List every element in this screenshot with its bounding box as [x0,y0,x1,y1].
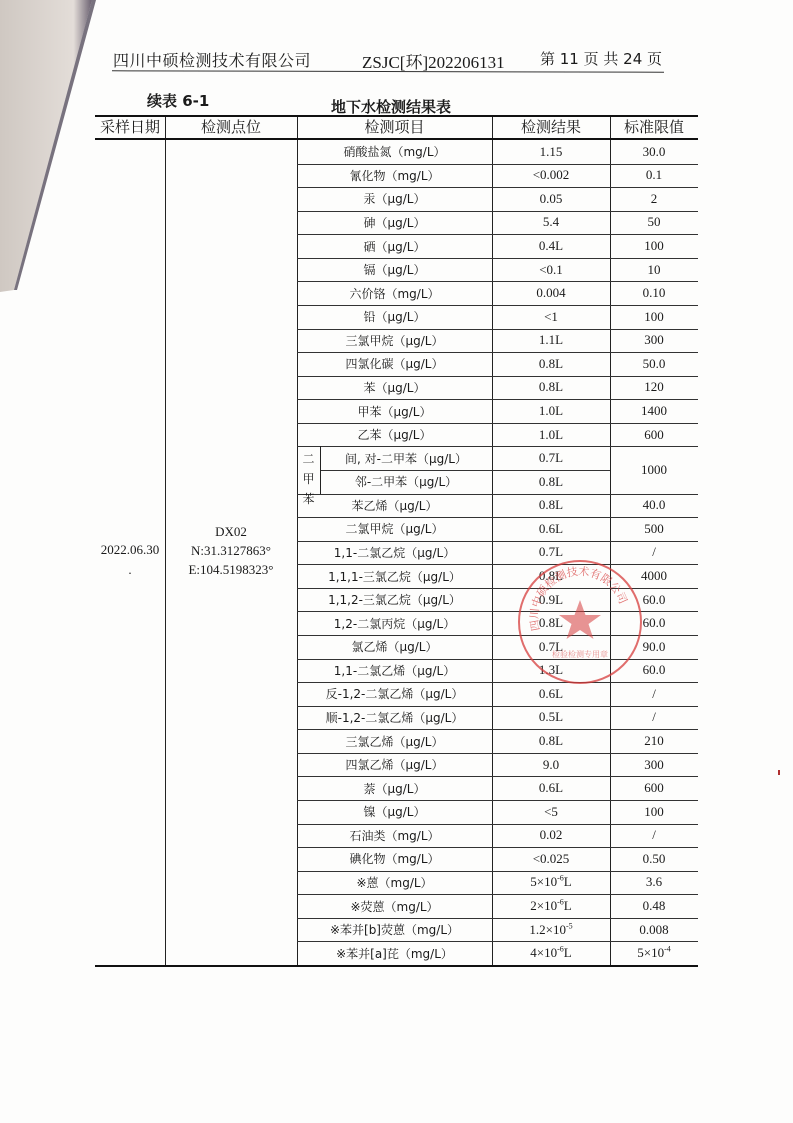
table-cell-item: 邻-二甲苯（μg/L） [320,470,492,494]
table-cell-item: ※蒽（mg/L） [297,871,492,895]
column-header-3: 检测结果 [492,117,610,138]
table-cell-item: 硝酸盐氮（mg/L） [297,140,492,164]
table-cell-limit: 50.0 [610,352,698,376]
table-cell-item: 顺-1,2-二氯乙烯（μg/L） [297,706,492,730]
table-cell-limit: 30.0 [610,140,698,164]
table-cell-result: 1.2×10-5 [492,918,610,942]
sampling-location: DX02N:31.3127863°E:104.5198323° [165,522,297,579]
table-cell-result: <1 [492,305,610,329]
table-cell-item: 氰化物（mg/L） [297,164,492,188]
table-cell-result: 0.8L [492,470,610,494]
table-cell-limit: 90.0 [610,635,698,659]
table-cell-item: 1,1-二氯乙烯（μg/L） [297,659,492,683]
table-cell-limit: 500 [610,517,698,541]
table-cell-item: 二氯甲烷（μg/L） [297,517,492,541]
table-cell-limit: 60.0 [610,611,698,635]
table-cell-item: ※苯并[a]芘（mg/L） [297,941,492,965]
table-cell-result: 1.1L [492,329,610,353]
table-cell-result: 0.02 [492,824,610,848]
page-indicator: 第 11 页 共 24 页 [540,48,662,69]
table-cell-limit: / [610,706,698,730]
table-cell-limit: / [610,824,698,848]
column-header-1: 检测点位 [165,117,297,138]
table-cell-item: ※荧蒽（mg/L） [297,894,492,918]
column-divider [610,117,611,138]
table-cell-item: 间, 对-二甲苯（μg/L） [320,446,492,470]
table-cell-item: 1,1-二氯乙烷（μg/L） [297,541,492,565]
table-bottom-rule [95,965,698,967]
table-cell-result: 0.8L [492,376,610,400]
table-cell-item: 甲苯（μg/L） [297,399,492,423]
table-cell-result: 5.4 [492,211,610,235]
table-cell-item: 氯乙烯（μg/L） [297,635,492,659]
table-cell-limit: 1400 [610,399,698,423]
table-cell-limit: 100 [610,234,698,258]
table-cell-item: 1,1,1-三氯乙烷（μg/L） [297,564,492,588]
table-cell-result: 0.8L [492,611,610,635]
xylene-standard-limit: 1000 [610,446,698,493]
table-cell-result: <0.025 [492,847,610,871]
table-cell-item: ※苯并[b]荧蒽（mg/L） [297,918,492,942]
table-cell-limit: 300 [610,329,698,353]
table-cell-limit: / [610,541,698,565]
table-cell-result: 2×10-6L [492,894,610,918]
table-cell-item: 镉（μg/L） [297,258,492,282]
table-title: 地下水检测结果表 [331,96,451,117]
table-cell-limit: 120 [610,376,698,400]
table-cell-result: 0.8L [492,352,610,376]
table-cell-limit: 4000 [610,564,698,588]
table-cell-limit: 0.1 [610,164,698,188]
table-cell-result: 0.8L [492,729,610,753]
sampling-date-note: . [95,560,165,579]
table-cell-item: 三氯乙烯（μg/L） [297,729,492,753]
column-header-2: 检测项目 [297,117,492,138]
table-cell-result: 0.5L [492,706,610,730]
table-cell-item: 砷（μg/L） [297,211,492,235]
column-divider [165,117,166,138]
report-code: ZSJC[环]202206131 [362,48,505,73]
table-cell-result: 1.3L [492,659,610,683]
table-cell-item: 四氯化碳（μg/L） [297,352,492,376]
sampling-date: 2022.06.30 [95,540,165,559]
table-cell-limit: 0.50 [610,847,698,871]
table-cell-result: <0.002 [492,164,610,188]
table-cell-limit: 2 [610,187,698,211]
table-cell-limit: 600 [610,423,698,447]
column-header-4: 标准限值 [610,117,698,138]
table-cell-result: 0.4L [492,234,610,258]
table-cell-result: 1.0L [492,399,610,423]
table-cell-item: 苯（μg/L） [297,376,492,400]
table-cell-limit: 100 [610,305,698,329]
table-cell-result: 5×10-6L [492,871,610,895]
table-cell-limit: 10 [610,258,698,282]
table-cell-result: 0.6L [492,682,610,706]
table-cell-item: 六价铬（mg/L） [297,281,492,305]
table-caption: 续表 6-1 [147,90,209,111]
table-cell-item: 萘（μg/L） [297,776,492,800]
xylene-sub-divider [320,446,321,493]
table-cell-item: 汞（μg/L） [297,187,492,211]
table-cell-item: 石油类（mg/L） [297,824,492,848]
table-cell-item: 1,2-二氯丙烷（μg/L） [297,611,492,635]
table-cell-item: 苯乙烯（μg/L） [297,494,492,518]
table-cell-result: 0.6L [492,517,610,541]
table-cell-limit: 0.10 [610,281,698,305]
column-divider [297,117,298,138]
table-cell-limit: 50 [610,211,698,235]
table-cell-item: 1,1,2-三氯乙烷（μg/L） [297,588,492,612]
ink-mark [778,770,780,775]
table-cell-result: 1.0L [492,423,610,447]
table-cell-limit: 0.48 [610,894,698,918]
table-cell-limit: 100 [610,800,698,824]
table-cell-limit: / [610,682,698,706]
table-cell-limit: 210 [610,729,698,753]
xylene-group-label: 二甲苯 [297,449,320,509]
table-cell-result: 0.7L [492,541,610,565]
table-cell-limit: 60.0 [610,588,698,612]
table-cell-limit: 600 [610,776,698,800]
company-name: 四川中硕检测技术有限公司 [113,48,311,71]
table-cell-item: 硒（μg/L） [297,234,492,258]
table-cell-item: 四氯乙烯（μg/L） [297,753,492,777]
table-cell-result: 9.0 [492,753,610,777]
table-cell-limit: 0.008 [610,918,698,942]
table-cell-result: <0.1 [492,258,610,282]
table-cell-item: 碘化物（mg/L） [297,847,492,871]
table-cell-result: 0.6L [492,776,610,800]
table-cell-result: 1.15 [492,140,610,164]
table-cell-result: 0.9L [492,588,610,612]
table-cell-result: 0.05 [492,187,610,211]
table-cell-result: <5 [492,800,610,824]
table-cell-result: 0.8L [492,564,610,588]
table-cell-limit: 5×10-4 [610,941,698,965]
table-cell-limit: 3.6 [610,871,698,895]
table-cell-result: 0.7L [492,446,610,470]
table-cell-item: 镍（μg/L） [297,800,492,824]
table-cell-result: 0.8L [492,494,610,518]
table-cell-limit: 60.0 [610,659,698,683]
table-cell-result: 0.004 [492,281,610,305]
table-cell-limit: 300 [610,753,698,777]
table-cell-item: 铅（μg/L） [297,305,492,329]
table-cell-item: 乙苯（μg/L） [297,423,492,447]
table-cell-limit: 40.0 [610,494,698,518]
table-cell-result: 4×10-6L [492,941,610,965]
table-cell-item: 反-1,2-二氯乙烯（μg/L） [297,682,492,706]
column-divider [492,117,493,138]
column-header-0: 采样日期 [95,117,165,138]
table-cell-result: 0.7L [492,635,610,659]
table-cell-item: 三氯甲烷（μg/L） [297,329,492,353]
